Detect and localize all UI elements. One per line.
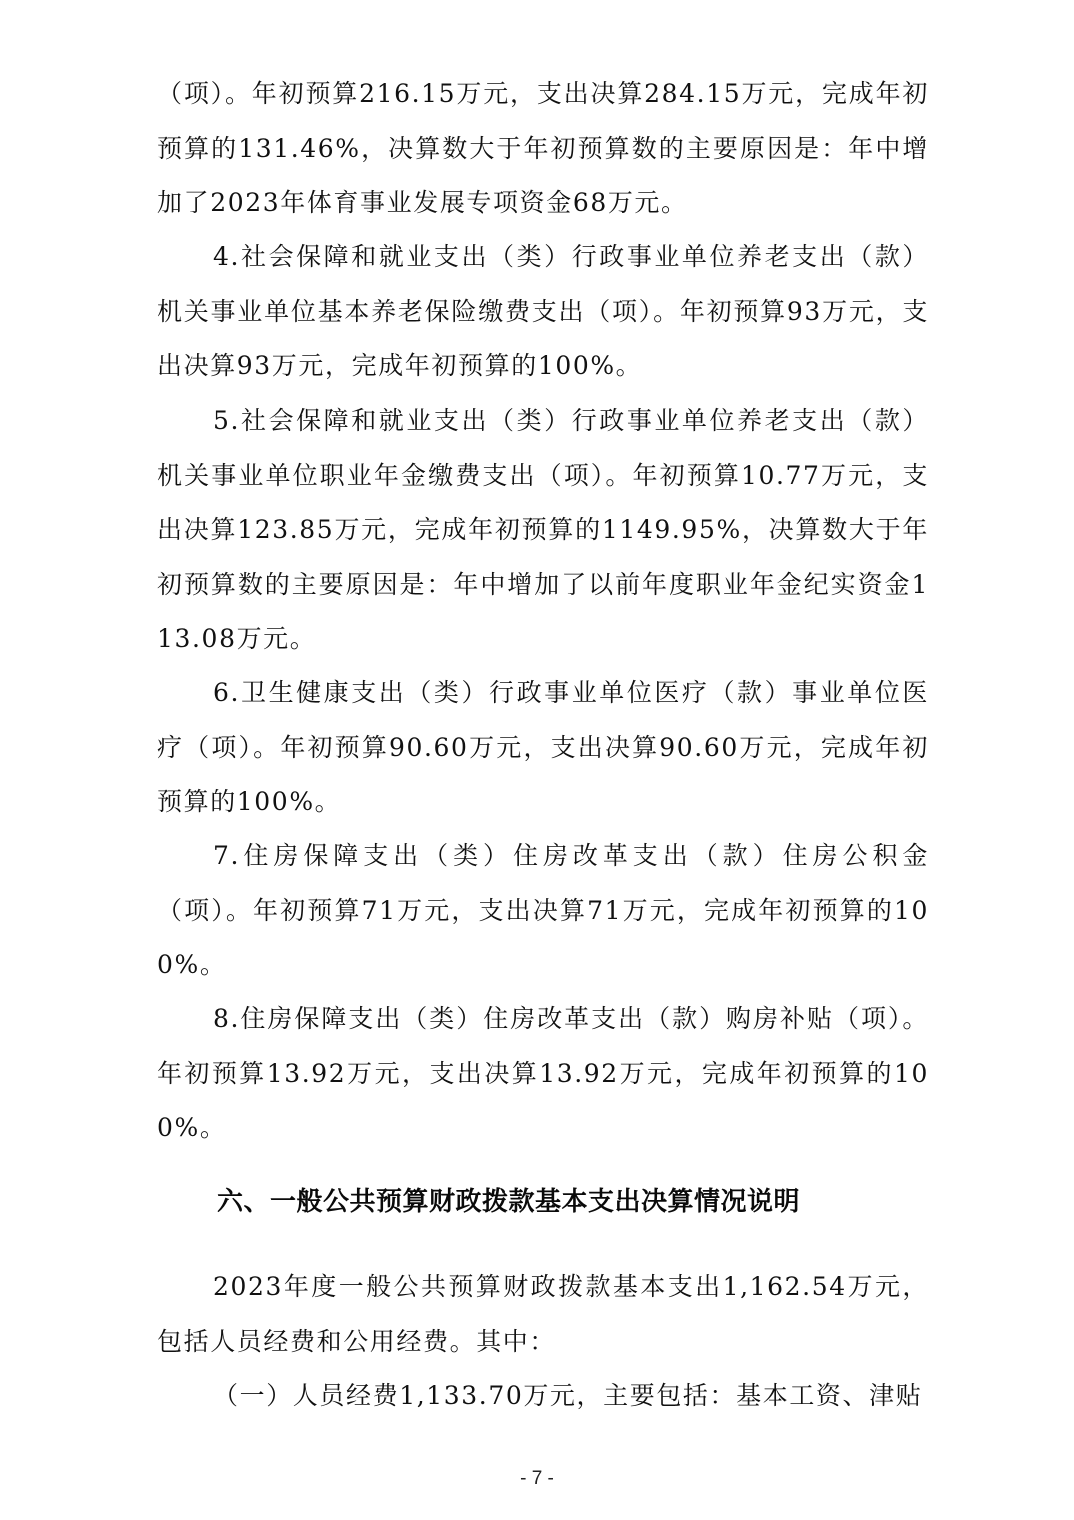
section-heading-six: 六、一般公共预算财政拨款基本支出决算情况说明 — [217, 1174, 800, 1230]
page-number: - 7 - — [0, 1468, 1074, 1490]
paragraph-item-7: 7.住房保障支出（类）住房改革支出（款）住房公积金（项）。年初预算71万元，支出… — [157, 829, 929, 993]
paragraph-personnel-expenses: （一）人员经费1,133.70万元，主要包括：基本工资、津贴 — [157, 1369, 929, 1424]
paragraph-item-4: 4.社会保障和就业支出（类）行政事业单位养老支出（款）机关事业单位基本养老保险缴… — [157, 230, 929, 394]
paragraph-item-3-continuation: （项）。年初预算216.15万元，支出决算284.15万元，完成年初预算的131… — [157, 67, 929, 231]
paragraph-basic-expenditure-intro: 2023年度一般公共预算财政拨款基本支出1,162.54万元，包括人员经费和公用… — [157, 1260, 929, 1369]
paragraph-item-6: 6.卫生健康支出（类）行政事业单位医疗（款）事业单位医疗（项）。年初预算90.6… — [157, 666, 929, 830]
paragraph-item-5: 5.社会保障和就业支出（类）行政事业单位养老支出（款）机关事业单位职业年金缴费支… — [157, 394, 929, 667]
paragraph-item-8: 8.住房保障支出（类）住房改革支出（款）购房补贴（项）。年初预算13.92万元，… — [157, 992, 929, 1156]
document-page: （项）。年初预算216.15万元，支出决算284.15万元，完成年初预算的131… — [0, 0, 1074, 1520]
